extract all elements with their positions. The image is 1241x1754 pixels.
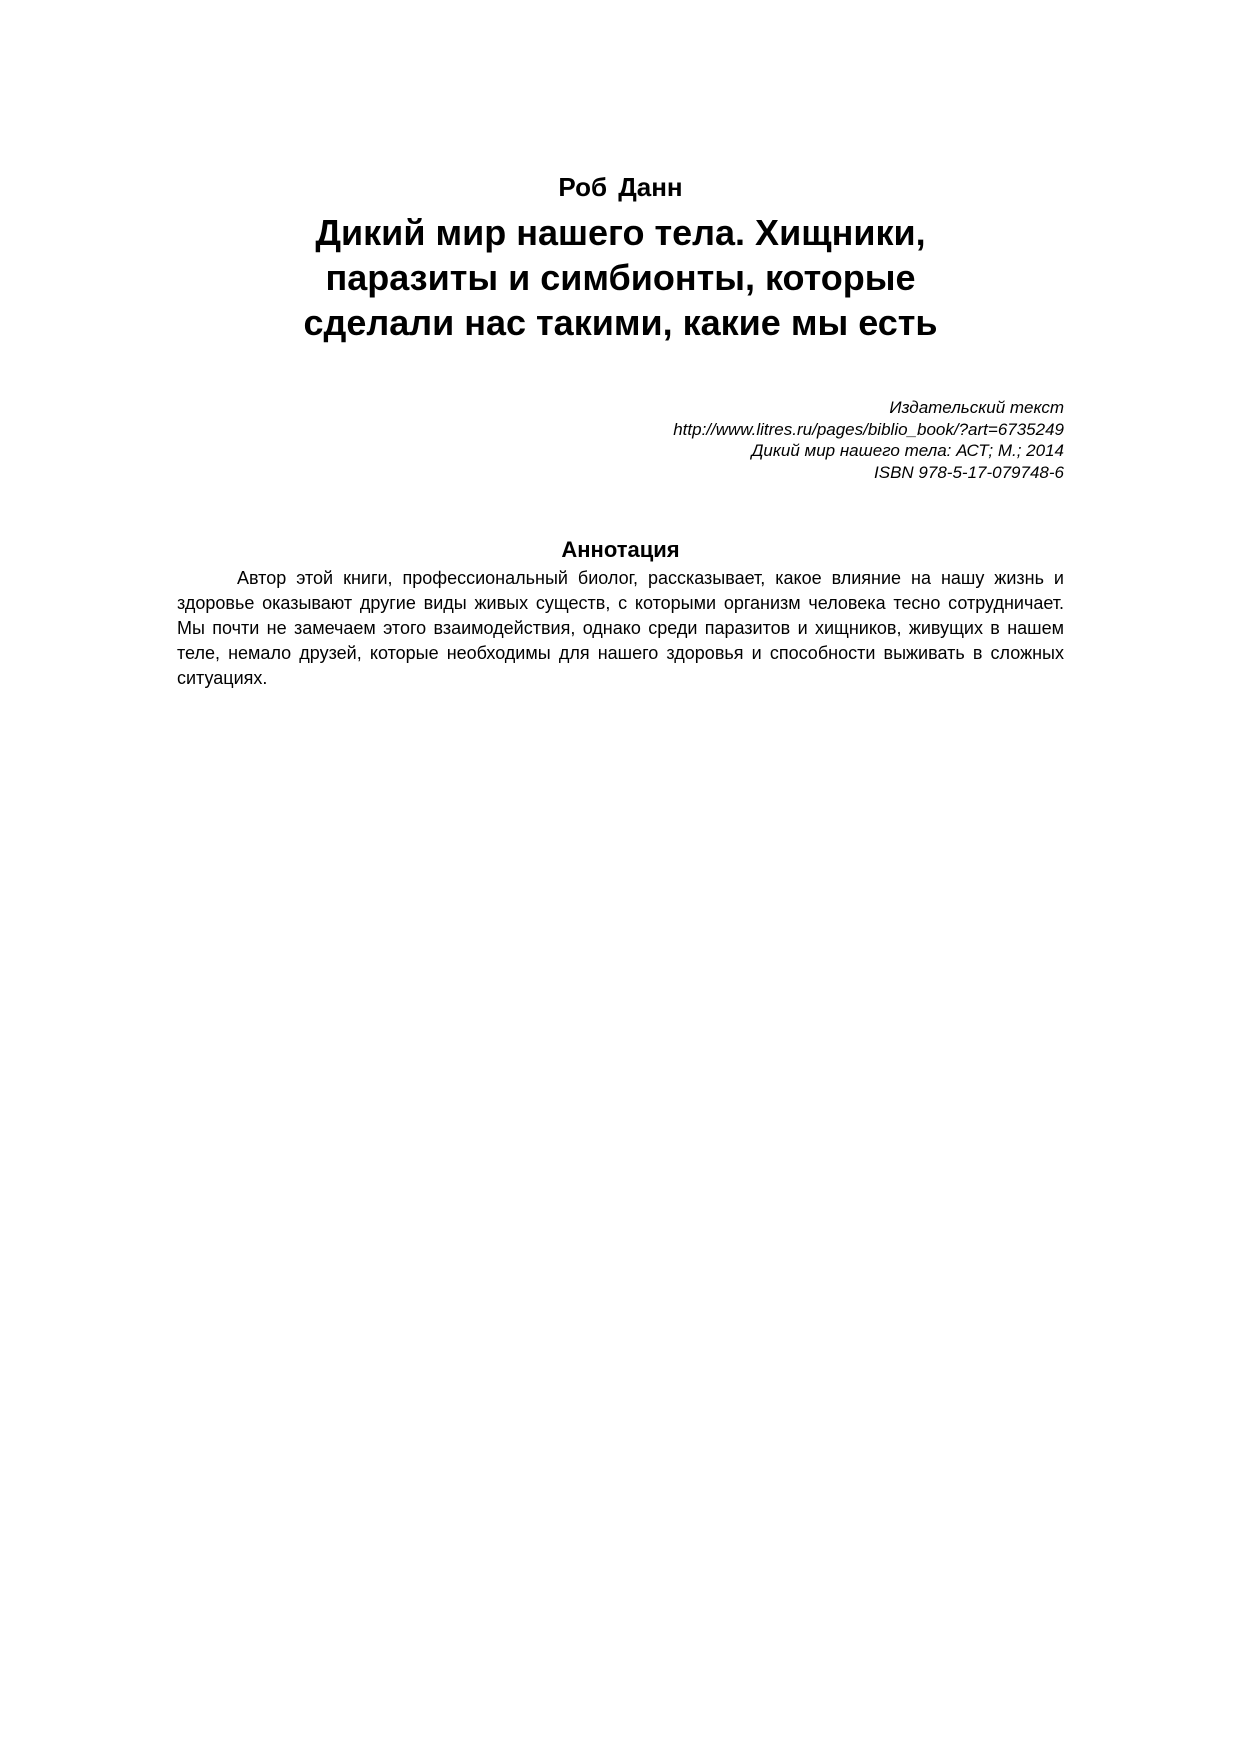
edition-info: Дикий мир нашего тела: АСТ; М.; 2014 xyxy=(673,440,1064,462)
author-name: Роб Данн xyxy=(177,172,1064,202)
isbn: ISBN 978-5-17-079748-6 xyxy=(673,462,1064,484)
publication-info: Издательский текст http://www.litres.ru/… xyxy=(673,397,1064,483)
title-line: сделали нас такими, какие мы есть xyxy=(177,300,1064,345)
book-title: Дикий мир нашего тела. Хищники, паразиты… xyxy=(177,210,1064,345)
title-line: Дикий мир нашего тела. Хищники, xyxy=(177,210,1064,255)
title-line: паразиты и симбионты, которые xyxy=(177,255,1064,300)
source-url: http://www.litres.ru/pages/biblio_book/?… xyxy=(673,419,1064,441)
publisher-label: Издательский текст xyxy=(673,397,1064,419)
annotation-heading: Аннотация xyxy=(177,537,1064,563)
annotation-text: Автор этой книги, профессиональный биоло… xyxy=(177,566,1064,691)
